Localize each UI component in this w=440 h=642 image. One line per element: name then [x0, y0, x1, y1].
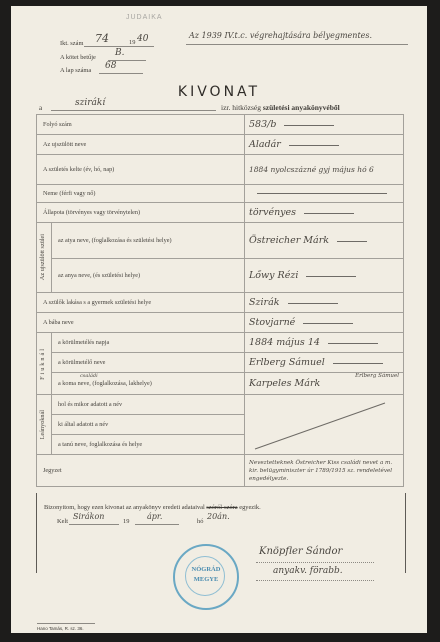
month-line	[135, 524, 179, 525]
kelt-day: 20án.	[207, 512, 230, 521]
printer-imprint: Hano Tamás, R. sz. 36.	[37, 626, 84, 631]
signature: Knöpfler Sándor	[259, 546, 342, 557]
row-label: Folyó szám	[37, 115, 245, 135]
kelt-place: Sirákon	[73, 512, 104, 521]
row-label: a tanú neve, foglalkozása és helye	[52, 435, 245, 455]
subtitle-prefix: a	[39, 104, 42, 112]
seal-line-1: NÓGRÁD	[175, 566, 237, 573]
table-row: a koma neve, (foglalkozása, lakhelye)csa…	[37, 373, 404, 395]
parents-group-cell: Az ujszülött szülei	[37, 223, 52, 293]
subtitle-text: izr. hitközség születési anyakönyvéből	[221, 103, 340, 112]
row-label: Állapota (törvényes vagy törvénytelen)	[37, 203, 245, 223]
value-text: 1884 nyolcszázné gyj május hó 6	[249, 165, 374, 174]
table-row: Folyó szám 583/b	[37, 115, 404, 135]
value-text: Szirák	[249, 297, 280, 308]
ikt-label: Ikt. szám	[60, 40, 83, 47]
row-label: A szülők lakása s a gyermek születési he…	[37, 293, 245, 313]
value-line	[328, 343, 378, 344]
value-text: Erlberg Sámuel	[249, 357, 325, 368]
girls-group-cell: Leányoknál	[37, 395, 52, 455]
community-line	[51, 110, 216, 111]
table-row: A születés kelte (év, hó, nap) 1884 nyol…	[37, 155, 404, 185]
ikt-line	[84, 46, 154, 47]
value-text: Östreicher Márk	[249, 235, 329, 246]
volume-label: A kötet betűje	[60, 54, 96, 61]
row-label: A születés kelte (év, hó, nap)	[37, 155, 245, 185]
community-value: szirákí	[75, 98, 105, 108]
value-line	[333, 363, 383, 364]
subtitle-plain: izr. hitközség	[221, 103, 261, 112]
certification-statement: Bizonyitom, hogy ezen kivonat az anyakön…	[44, 504, 261, 511]
footer-rule	[37, 623, 95, 624]
row-value: Aladár	[245, 135, 404, 155]
parents-group-label: Az ujszülött szülei	[39, 234, 46, 280]
table-row: Jegyzet Neveztetteknek Östreicher Kiss c…	[37, 455, 404, 487]
table-row: Az ujszülött szülei az atya neve, (fogla…	[37, 223, 404, 259]
volume-value: B.	[115, 48, 124, 58]
row-value: Lőwy Rézi	[245, 259, 404, 293]
official-seal: NÓGRÁD MEGYE	[173, 544, 239, 610]
row-label: a körülmetélés napja	[52, 333, 245, 353]
row-label: hol és mikor adatott a név	[52, 395, 245, 415]
value-line	[289, 145, 339, 146]
kelt-place-line	[69, 524, 119, 525]
ikt-value: 74	[95, 32, 109, 45]
table-row: Fiuknál a körülmetélés napja 1884 május …	[37, 333, 404, 353]
document-paper: JUDAIKA Ikt. szám 74 19 40 A kötet betűj…	[11, 6, 427, 633]
koma-label: a koma neve, (foglalkozása, lakhelye)	[58, 380, 152, 387]
record-table: Folyó szám 583/b Az ujszülött neve Aladá…	[36, 114, 404, 487]
value-note: Erlberg Sámuel	[355, 373, 399, 379]
row-value: 1884 május 14	[245, 333, 404, 353]
value-line	[337, 241, 367, 242]
table-row: Állapota (törvényes vagy törvénytelen) t…	[37, 203, 404, 223]
value-line	[303, 323, 353, 324]
year-prefix: 19	[129, 39, 135, 46]
value-line	[304, 213, 354, 214]
row-label: az atya neve, (foglalkozása és születési…	[52, 223, 245, 259]
value-text: Aladár	[249, 139, 281, 150]
row-label: ki által adatott a név	[52, 415, 245, 435]
row-value: Karpeles MárkErlberg Sámuel	[245, 373, 404, 395]
row-label: Neme (férfi vagy nő)	[37, 185, 245, 203]
handwritten-exemption-note: Az 1939 IV.t.c. végrehajtására bélyegmen…	[189, 31, 372, 40]
girls-group-label: Leányoknál	[39, 410, 46, 439]
row-value: Erlberg Sámuel	[245, 353, 404, 373]
table-row: Neme (férfi vagy nő)	[37, 185, 404, 203]
page-line	[99, 73, 143, 74]
table-row: az anya neve, (és születési helye) Lőwy …	[37, 259, 404, 293]
judaika-stamp: JUDAIKA	[126, 14, 163, 21]
row-label: Az ujszülött neve	[37, 135, 245, 155]
notes-text: Neveztetteknek Östreicher Kiss családi n…	[249, 459, 399, 483]
koma-insert: családi	[80, 373, 98, 379]
girls-value-cell	[245, 395, 404, 455]
row-value	[245, 185, 404, 203]
signer-title: anyakv. förabb.	[273, 566, 343, 576]
value-text: törvényes	[249, 207, 296, 218]
row-value: 1884 nyolcszázné gyj május hó 6	[245, 155, 404, 185]
strike-line	[245, 395, 395, 455]
row-label: a koma neve, (foglalkozása, lakhelye)csa…	[52, 373, 245, 395]
value-text: Karpeles Márk	[249, 378, 320, 389]
signature-line	[256, 562, 374, 563]
note-underline	[186, 44, 408, 45]
value-line	[306, 276, 356, 277]
statement-struck: szóról-szóra	[206, 504, 237, 511]
kelt-label: Kelt	[57, 518, 68, 525]
seal-line-2: MEGYE	[175, 576, 237, 583]
value-text: Lőwy Rézi	[249, 270, 298, 281]
statement-b: egyezik.	[239, 504, 260, 511]
row-value: 583/b	[245, 115, 404, 135]
kelt-year: 19	[123, 518, 129, 525]
table-row: Az ujszülött neve Aladár	[37, 135, 404, 155]
value-line	[257, 193, 387, 194]
row-value: Szirák	[245, 293, 404, 313]
table-row: a körülmetélő neve Erlberg Sámuel	[37, 353, 404, 373]
row-label: Jegyzet	[37, 455, 245, 487]
value-text: 1884 május 14	[249, 337, 320, 348]
row-value: Stovjarné	[245, 313, 404, 333]
value-text: 583/b	[249, 119, 276, 130]
title-line	[256, 580, 374, 581]
table-row: Leányoknál hol és mikor adatott a név	[37, 395, 404, 415]
row-label: az anya neve, (és születési helye)	[52, 259, 245, 293]
document-title: KIVONAT	[11, 84, 427, 100]
table-row: A bába neve Stovjarné	[37, 313, 404, 333]
statement-a: Bizonyitom, hogy ezen kivonat az anyakön…	[44, 504, 205, 511]
row-value: Östreicher Márk	[245, 223, 404, 259]
boys-group-label: Fiuknál	[39, 347, 46, 380]
value-line	[284, 125, 334, 126]
table-row: A szülők lakása s a gyermek születési he…	[37, 293, 404, 313]
kelt-month: ápr.	[147, 512, 162, 521]
notes-value: Neveztetteknek Östreicher Kiss családi n…	[245, 455, 404, 487]
year-value: 40	[137, 34, 148, 44]
row-value: törvényes	[245, 203, 404, 223]
row-label: a körülmetélő neve	[52, 353, 245, 373]
value-line	[288, 303, 338, 304]
value-text: Stovjarné	[249, 317, 295, 328]
page-value: 68	[105, 61, 116, 71]
day-label: hó	[197, 518, 203, 525]
boys-group-cell: Fiuknál	[37, 333, 52, 395]
page-label: A lap száma	[60, 67, 91, 74]
subtitle-bold: születési	[263, 103, 290, 112]
subtitle-end: anyakönyvéből	[291, 103, 339, 112]
row-label: A bába neve	[37, 313, 245, 333]
